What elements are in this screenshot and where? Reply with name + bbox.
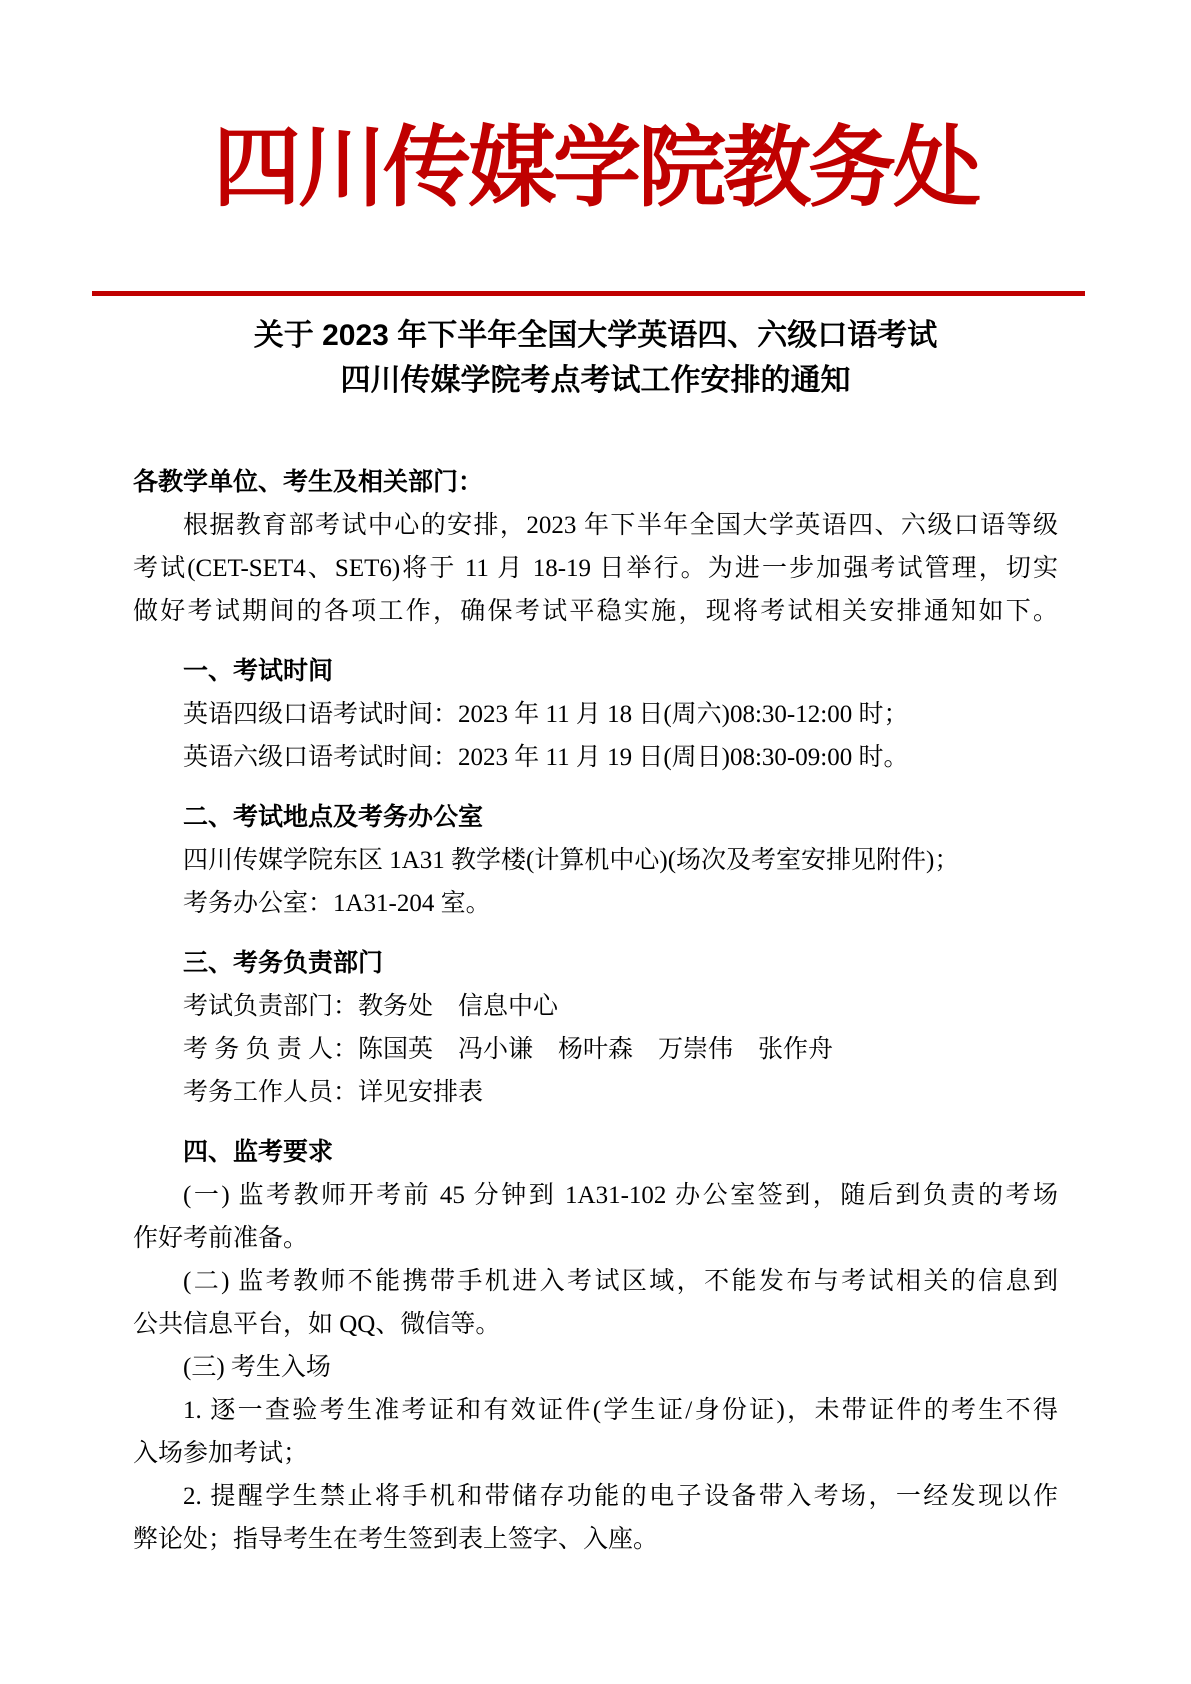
body-line: 考试(CET-SET4、SET6)将于 11 月 18-19 日举行。为进一步加…	[133, 547, 1058, 590]
body-line: 考试负责部门：教务处 信息中心	[133, 985, 1058, 1028]
body-line: 入场参加考试；	[133, 1432, 1058, 1475]
body-line: 做好考试期间的各项工作，确保考试平稳实施，现将考试相关安排通知如下。	[133, 590, 1058, 633]
section-heading: 三、考务负责部门	[133, 942, 1058, 985]
section-heading: 一、考试时间	[133, 650, 1058, 693]
red-divider-rule	[92, 291, 1085, 296]
body-line: 考 务 负 责 人：陈国英 冯小谦 杨叶森 万崇伟 张作舟	[133, 1028, 1058, 1071]
notice-body: 各教学单位、考生及相关部门：根据教育部考试中心的安排，2023 年下半年全国大学…	[133, 461, 1058, 1561]
body-line: 2. 提醒学生禁止将手机和带储存功能的电子设备带入考场，一经发现以作	[133, 1475, 1058, 1518]
masthead: 四川传媒学院教务处	[0, 0, 1191, 236]
body-line: 弊论处；指导考生在考生签到表上签字、入座。	[133, 1518, 1058, 1561]
body-line: (三) 考生入场	[133, 1346, 1058, 1389]
body-line: 根据教育部考试中心的安排，2023 年下半年全国大学英语四、六级口语等级	[133, 504, 1058, 547]
masthead-title: 四川传媒学院教务处	[0, 104, 1191, 236]
notice-page: 四川传媒学院教务处 关于 2023 年下半年全国大学英语四、六级口语考试 四川传…	[0, 0, 1191, 1684]
section-heading: 二、考试地点及考务办公室	[133, 796, 1058, 839]
body-line: 考务办公室：1A31-204 室。	[133, 882, 1058, 925]
body-line: 英语六级口语考试时间：2023 年 11 月 19 日(周日)08:30-09:…	[133, 736, 1058, 779]
notice-title-line-1: 关于 2023 年下半年全国大学英语四、六级口语考试	[0, 313, 1191, 358]
body-line: 英语四级口语考试时间：2023 年 11 月 18 日(周六)08:30-12:…	[133, 693, 1058, 736]
body-line: 考务工作人员：详见安排表	[133, 1071, 1058, 1114]
body-line: 1. 逐一查验考生准考证和有效证件(学生证/身份证)，未带证件的考生不得	[133, 1389, 1058, 1432]
salutation-line: 各教学单位、考生及相关部门：	[133, 461, 1058, 504]
body-line: (二) 监考教师不能携带手机进入考试区域，不能发布与考试相关的信息到	[133, 1260, 1058, 1303]
body-line: 作好考前准备。	[133, 1217, 1058, 1260]
body-line: 公共信息平台，如 QQ、微信等。	[133, 1303, 1058, 1346]
body-line: 四川传媒学院东区 1A31 教学楼(计算机中心)(场次及考室安排见附件)；	[133, 839, 1058, 882]
section-heading: 四、监考要求	[133, 1131, 1058, 1174]
notice-title: 关于 2023 年下半年全国大学英语四、六级口语考试 四川传媒学院考点考试工作安…	[0, 313, 1191, 403]
body-line: (一) 监考教师开考前 45 分钟到 1A31-102 办公室签到，随后到负责的…	[133, 1174, 1058, 1217]
notice-title-line-2: 四川传媒学院考点考试工作安排的通知	[0, 358, 1191, 403]
